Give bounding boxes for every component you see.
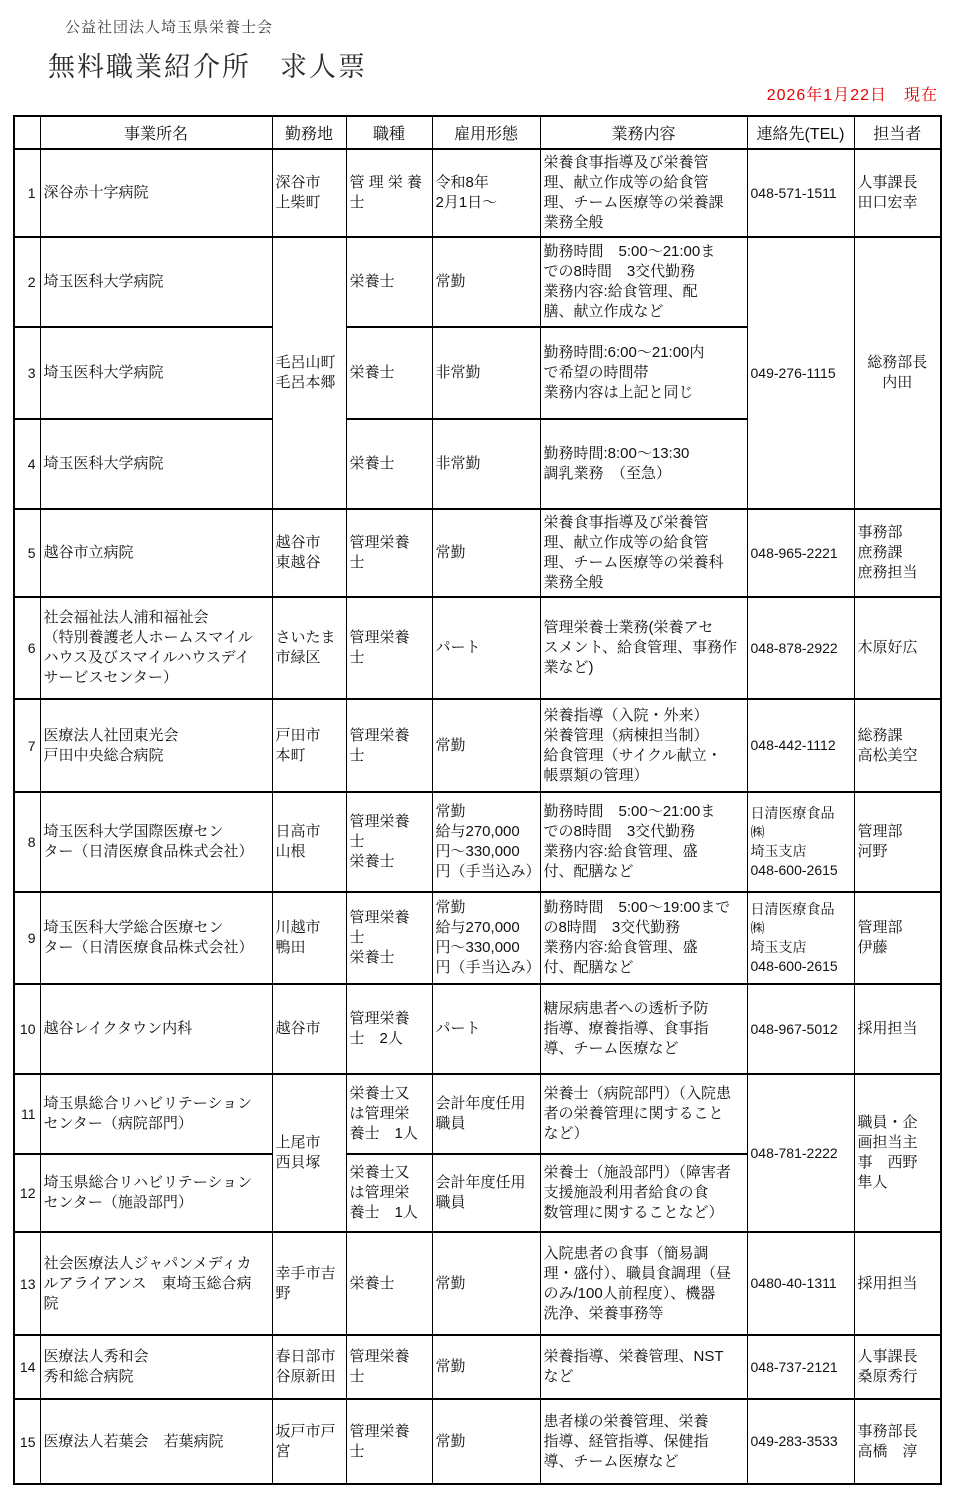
col-employment: 雇用形態 [432, 116, 540, 149]
cell-jobtype: 管理栄養 士 [346, 597, 432, 699]
cell-employment: 常勤 給与270,000 円～330,000 円（手当込み） [432, 792, 540, 892]
cell-location: 川越市 鴨田 [272, 892, 346, 984]
cell-contact: 総務部長 内田 [854, 237, 941, 509]
table-header: 事業所名勤務地職種雇用形態業務内容連絡先(TEL)担当者 [14, 116, 941, 149]
header-row: 事業所名勤務地職種雇用形態業務内容連絡先(TEL)担当者 [14, 116, 941, 149]
cell-jobtype: 管理栄養 士 [346, 1335, 432, 1399]
cell-tel: 048-442-1112 [747, 699, 854, 792]
cell-tel: 048-571-1511 [747, 149, 854, 237]
cell-location: 幸手市吉 野 [272, 1232, 346, 1335]
cell-location: さいたま 市緑区 [272, 597, 346, 699]
cell-employment: パート [432, 984, 540, 1074]
cell-description: 勤務時間:6:00～21:00内 で希望の時間帯 業務内容は上記と同じ [540, 327, 747, 419]
table-row: 6社会福祉法人浦和福祉会 （特別養護老人ホームスマイル ハウス及びスマイルハウス… [14, 597, 941, 699]
cell-employment: 常勤 [432, 237, 540, 327]
col-tel: 連絡先(TEL) [747, 116, 854, 149]
cell-number: 9 [14, 892, 40, 984]
table-row: 7医療法人社団東光会 戸田中央総合病院戸田市 本町管理栄養 士常勤栄養指導（入院… [14, 699, 941, 792]
cell-tel: 048-965-2221 [747, 509, 854, 597]
cell-employment: 非常勤 [432, 327, 540, 419]
cell-description: 勤務時間:8:00～13:30 調乳業務 （至急） [540, 419, 747, 509]
cell-jobtype: 栄養士 [346, 327, 432, 419]
cell-jobtype: 管理栄養 士 [346, 509, 432, 597]
table-row: 13社会医療法人ジャパンメディカ ルアライアンス 東埼玉総合病 院幸手市吉 野栄… [14, 1232, 941, 1335]
cell-jobtype: 管理栄養 士 栄養士 [346, 892, 432, 984]
cell-tel: 日清医療食品 ㈱ 埼玉支店 048-600-2615 [747, 892, 854, 984]
organization-name: 公益社団法人埼玉県栄養士会 [65, 16, 273, 37]
table-row: 5越谷市立病院越谷市 東越谷管理栄養 士常勤栄養食事指導及び栄養管 理、献立作成… [14, 509, 941, 597]
cell-employment: 常勤 [432, 1399, 540, 1484]
cell-office-name: 埼玉県総合リハビリテーション センター（病院部門） [40, 1074, 272, 1154]
cell-location: 坂戸市戸 宮 [272, 1399, 346, 1484]
cell-employment: 常勤 給与270,000 円～330,000 円（手当込み） [432, 892, 540, 984]
table-row: 9埼玉医科大学総合医療セン ター（日清医療食品株式会社）川越市 鴨田管理栄養 士… [14, 892, 941, 984]
cell-number: 4 [14, 419, 40, 509]
cell-description: 管理栄養士業務(栄養アセ スメント、給食管理、事務作 業など) [540, 597, 747, 699]
cell-number: 2 [14, 237, 40, 327]
cell-number: 6 [14, 597, 40, 699]
cell-description: 勤務時間 5:00～19:00まで の8時間 3交代勤務 業務内容:給食管理、盛… [540, 892, 747, 984]
col-number [14, 116, 40, 149]
table-body: 1深谷赤十字病院深谷市 上柴町管 理 栄 養 士令和8年 2月1日～栄養食事指導… [14, 149, 941, 1484]
cell-description: 栄養食事指導及び栄養管 理、献立作成等の給食管 理、チーム医療等の栄養課 業務全… [540, 149, 747, 237]
cell-employment: 常勤 [432, 699, 540, 792]
cell-office-name: 医療法人若葉会 若葉病院 [40, 1399, 272, 1484]
cell-jobtype: 栄養士 [346, 419, 432, 509]
cell-employment: パート [432, 597, 540, 699]
cell-employment: 常勤 [432, 1335, 540, 1399]
cell-contact: 総務課 高松美空 [854, 699, 941, 792]
col-jobtype: 職種 [346, 116, 432, 149]
cell-office-name: 医療法人社団東光会 戸田中央総合病院 [40, 699, 272, 792]
cell-number: 11 [14, 1074, 40, 1154]
cell-jobtype: 管理栄養 士 2人 [346, 984, 432, 1074]
cell-office-name: 社会医療法人ジャパンメディカ ルアライアンス 東埼玉総合病 院 [40, 1232, 272, 1335]
cell-contact: 人事課長 桑原秀行 [854, 1335, 941, 1399]
cell-tel: 0480-40-1311 [747, 1232, 854, 1335]
table-row: 1深谷赤十字病院深谷市 上柴町管 理 栄 養 士令和8年 2月1日～栄養食事指導… [14, 149, 941, 237]
cell-employment: 会計年度任用 職員 [432, 1154, 540, 1232]
cell-description: 糖尿病患者への透析予防 指導、療養指導、食事指 導、チーム医療など [540, 984, 747, 1074]
cell-office-name: 社会福祉法人浦和福祉会 （特別養護老人ホームスマイル ハウス及びスマイルハウスデ… [40, 597, 272, 699]
cell-office-name: 埼玉医科大学病院 [40, 327, 272, 419]
cell-description: 栄養食事指導及び栄養管 理、献立作成等の給食管 理、チーム医療等の栄養科 業務全… [540, 509, 747, 597]
col-location: 勤務地 [272, 116, 346, 149]
cell-number: 13 [14, 1232, 40, 1335]
cell-number: 14 [14, 1335, 40, 1399]
cell-office-name: 埼玉医科大学国際医療セン ター（日清医療食品株式会社） [40, 792, 272, 892]
cell-contact: 管理部 伊藤 [854, 892, 941, 984]
cell-contact: 事務部 庶務課 庶務担当 [854, 509, 941, 597]
col-description: 業務内容 [540, 116, 747, 149]
table-row: 15医療法人若葉会 若葉病院坂戸市戸 宮管理栄養 士常勤患者様の栄養管理、栄養 … [14, 1399, 941, 1484]
cell-employment: 常勤 [432, 1232, 540, 1335]
cell-number: 15 [14, 1399, 40, 1484]
table-row: 2埼玉医科大学病院毛呂山町 毛呂本郷栄養士常勤勤務時間 5:00～21:00ま … [14, 237, 941, 327]
cell-jobtype: 栄養士 [346, 237, 432, 327]
cell-location: 深谷市 上柴町 [272, 149, 346, 237]
cell-tel: 049-276-1115 [747, 237, 854, 509]
cell-description: 栄養指導（入院・外来） 栄養管理（病棟担当制） 給食管理（サイクル献立・ 帳票類… [540, 699, 747, 792]
cell-office-name: 埼玉医科大学総合医療セン ター（日清医療食品株式会社） [40, 892, 272, 984]
cell-employment: 会計年度任用 職員 [432, 1074, 540, 1154]
table-row: 11埼玉県総合リハビリテーション センター（病院部門）上尾市 西貝塚栄養士又 は… [14, 1074, 941, 1154]
cell-jobtype: 管 理 栄 養 士 [346, 149, 432, 237]
cell-jobtype: 管理栄養 士 [346, 699, 432, 792]
cell-employment: 令和8年 2月1日～ [432, 149, 540, 237]
page-title: 無料職業紹介所 求人票 [48, 45, 367, 84]
cell-number: 12 [14, 1154, 40, 1232]
cell-office-name: 埼玉医科大学病院 [40, 419, 272, 509]
cell-contact: 採用担当 [854, 984, 941, 1074]
table-row: 10越谷レイクタウン内科越谷市管理栄養 士 2人パート糖尿病患者への透析予防 指… [14, 984, 941, 1074]
cell-tel: 048-781-2222 [747, 1074, 854, 1232]
cell-contact: 人事課長 田口宏幸 [854, 149, 941, 237]
cell-contact: 採用担当 [854, 1232, 941, 1335]
job-posting-page: 公益社団法人埼玉県栄養士会 無料職業紹介所 求人票 2026年1月22日 現在 … [0, 0, 954, 1500]
cell-contact: 木原好広 [854, 597, 941, 699]
cell-tel: 日清医療食品 ㈱ 埼玉支店 048-600-2615 [747, 792, 854, 892]
cell-location: 日高市 山根 [272, 792, 346, 892]
cell-tel: 049-283-3533 [747, 1399, 854, 1484]
table-row: 14医療法人秀和会 秀和総合病院春日部市 谷原新田管理栄養 士常勤栄養指導、栄養… [14, 1335, 941, 1399]
cell-number: 10 [14, 984, 40, 1074]
cell-employment: 常勤 [432, 509, 540, 597]
cell-jobtype: 栄養士又 は管理栄 養士 1人 [346, 1154, 432, 1232]
cell-location: 越谷市 [272, 984, 346, 1074]
cell-description: 勤務時間 5:00～21:00ま での8時間 3交代勤務 業務内容:給食管理、盛… [540, 792, 747, 892]
cell-contact: 事務部長 高橋 淳 [854, 1399, 941, 1484]
cell-number: 8 [14, 792, 40, 892]
cell-description: 栄養指導、栄養管理、NST など [540, 1335, 747, 1399]
cell-description: 患者様の栄養管理、栄養 指導、経管指導、保健指 導、チーム医療など [540, 1399, 747, 1484]
cell-employment: 非常勤 [432, 419, 540, 509]
cell-location: 越谷市 東越谷 [272, 509, 346, 597]
cell-location: 戸田市 本町 [272, 699, 346, 792]
cell-office-name: 深谷赤十字病院 [40, 149, 272, 237]
cell-description: 入院患者の食事（簡易調 理・盛付）、職員食調理（昼 のみ/100人前程度）、機器… [540, 1232, 747, 1335]
cell-jobtype: 管理栄養 士 栄養士 [346, 792, 432, 892]
cell-location: 春日部市 谷原新田 [272, 1335, 346, 1399]
cell-office-name: 越谷市立病院 [40, 509, 272, 597]
cell-tel: 048-967-5012 [747, 984, 854, 1074]
cell-office-name: 越谷レイクタウン内科 [40, 984, 272, 1074]
cell-description: 栄養士（病院部門）（入院患 者の栄養管理に関すること など） [540, 1074, 747, 1154]
cell-tel: 048-878-2922 [747, 597, 854, 699]
cell-jobtype: 栄養士又 は管理栄 養士 1人 [346, 1074, 432, 1154]
table-row: 8埼玉医科大学国際医療セン ター（日清医療食品株式会社）日高市 山根管理栄養 士… [14, 792, 941, 892]
cell-jobtype: 栄養士 [346, 1232, 432, 1335]
col-office-name: 事業所名 [40, 116, 272, 149]
cell-description: 栄養士（施設部門）（障害者 支援施設利用者給食の食 数管理に関することなど） [540, 1154, 747, 1232]
cell-jobtype: 管理栄養 士 [346, 1399, 432, 1484]
cell-contact: 職員・企 画担当主 事 西野 隼人 [854, 1074, 941, 1232]
cell-tel: 048-737-2121 [747, 1335, 854, 1399]
cell-office-name: 埼玉医科大学病院 [40, 237, 272, 327]
cell-number: 7 [14, 699, 40, 792]
cell-number: 3 [14, 327, 40, 419]
cell-contact: 管理部 河野 [854, 792, 941, 892]
col-contact: 担当者 [854, 116, 941, 149]
cell-office-name: 医療法人秀和会 秀和総合病院 [40, 1335, 272, 1399]
cell-location: 毛呂山町 毛呂本郷 [272, 237, 346, 509]
cell-number: 5 [14, 509, 40, 597]
job-listings-table: 事業所名勤務地職種雇用形態業務内容連絡先(TEL)担当者 1深谷赤十字病院深谷市… [13, 115, 942, 1485]
cell-description: 勤務時間 5:00～21:00ま での8時間 3交代勤務 業務内容:給食管理、配… [540, 237, 747, 327]
cell-location: 上尾市 西貝塚 [272, 1074, 346, 1232]
cell-number: 1 [14, 149, 40, 237]
cell-office-name: 埼玉県総合リハビリテーション センター（施設部門） [40, 1154, 272, 1232]
current-date: 2026年1月22日 現在 [767, 82, 938, 105]
